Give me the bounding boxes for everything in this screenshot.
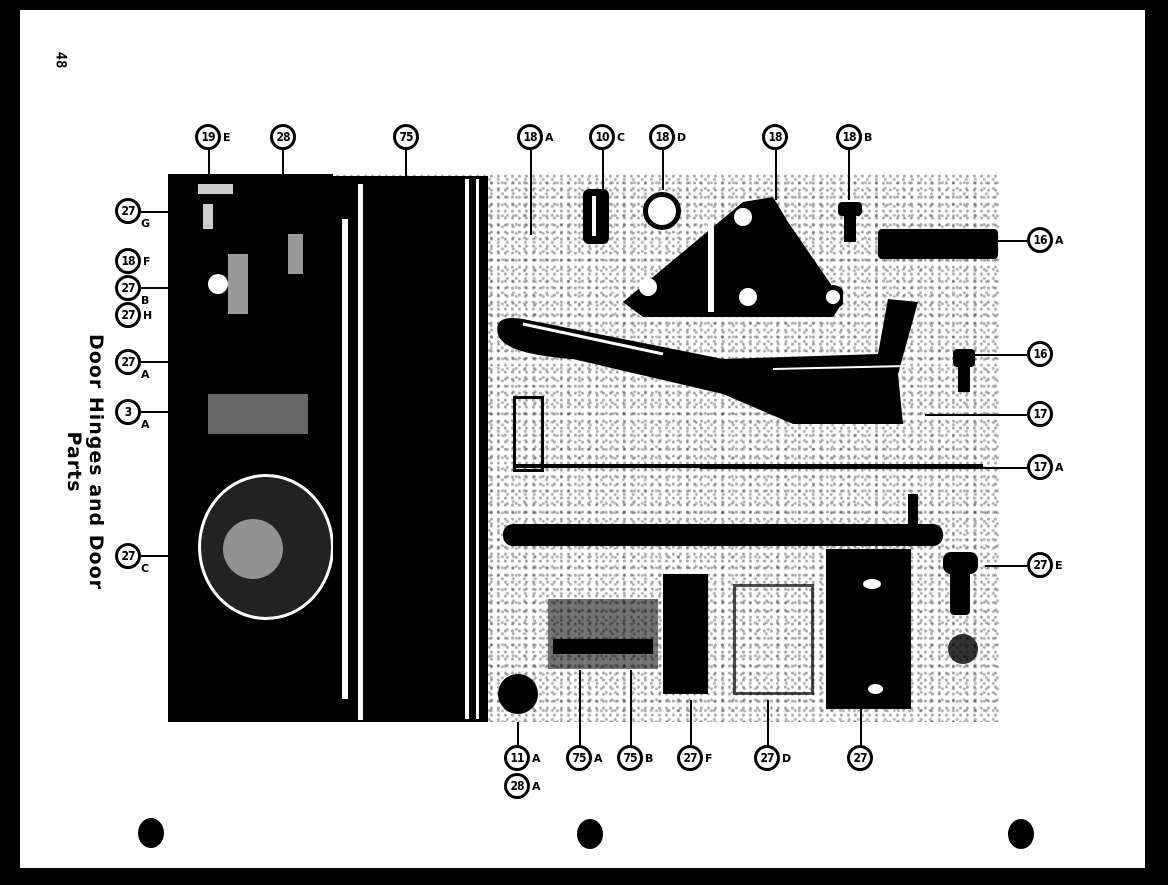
door-handle-image — [493, 294, 933, 434]
bracket-75a-image — [548, 599, 658, 669]
callout-16: 16 — [1027, 341, 1053, 367]
spacer-27f-image — [663, 574, 708, 694]
callout-17a: 17 A — [1027, 454, 1064, 480]
callout-18d: 18 D — [649, 124, 686, 150]
callout-28: 28 — [270, 124, 296, 150]
strike-image — [878, 229, 998, 259]
parts-photo — [168, 174, 1000, 722]
callout-10c: 10 C — [589, 124, 625, 150]
callout-75: 75 — [393, 124, 419, 150]
callout-19e: 19 E — [195, 124, 231, 150]
page-number: 48 — [52, 52, 68, 69]
callout-27: 27 — [847, 745, 873, 771]
callout-75a: 75 A — [566, 745, 603, 771]
callout-16a: 16 A — [1027, 227, 1064, 253]
callout-27h: 27 H — [115, 302, 152, 328]
callout-17: 17 — [1027, 401, 1053, 427]
callout-27f: 27 F — [677, 745, 713, 771]
plug-image — [583, 189, 609, 244]
hinge-assembly-image — [168, 174, 333, 722]
callout-28a: 28 A — [504, 773, 541, 799]
hinge-bar-image — [503, 524, 943, 546]
callout-18: 18 — [762, 124, 788, 150]
shim-27d-image — [733, 584, 814, 695]
callout-18f: 18 F — [115, 248, 151, 274]
callout-27e: 27 E — [1027, 552, 1063, 578]
grommet-image — [498, 674, 538, 714]
callout-18b: 18 B — [836, 124, 872, 150]
binder-hole-left — [138, 818, 164, 848]
binder-hole-center — [577, 819, 603, 849]
callout-27d: 27 D — [754, 745, 791, 771]
callout-number: 19 — [195, 124, 221, 150]
callout-75b: 75 B — [617, 745, 653, 771]
page-title: Door Hinges and Door Parts — [63, 317, 107, 607]
callout-18a: 18 A — [517, 124, 554, 150]
binder-hole-right — [1008, 819, 1034, 849]
bracket-image — [513, 396, 544, 472]
callout-11a: 11 A — [504, 745, 541, 771]
